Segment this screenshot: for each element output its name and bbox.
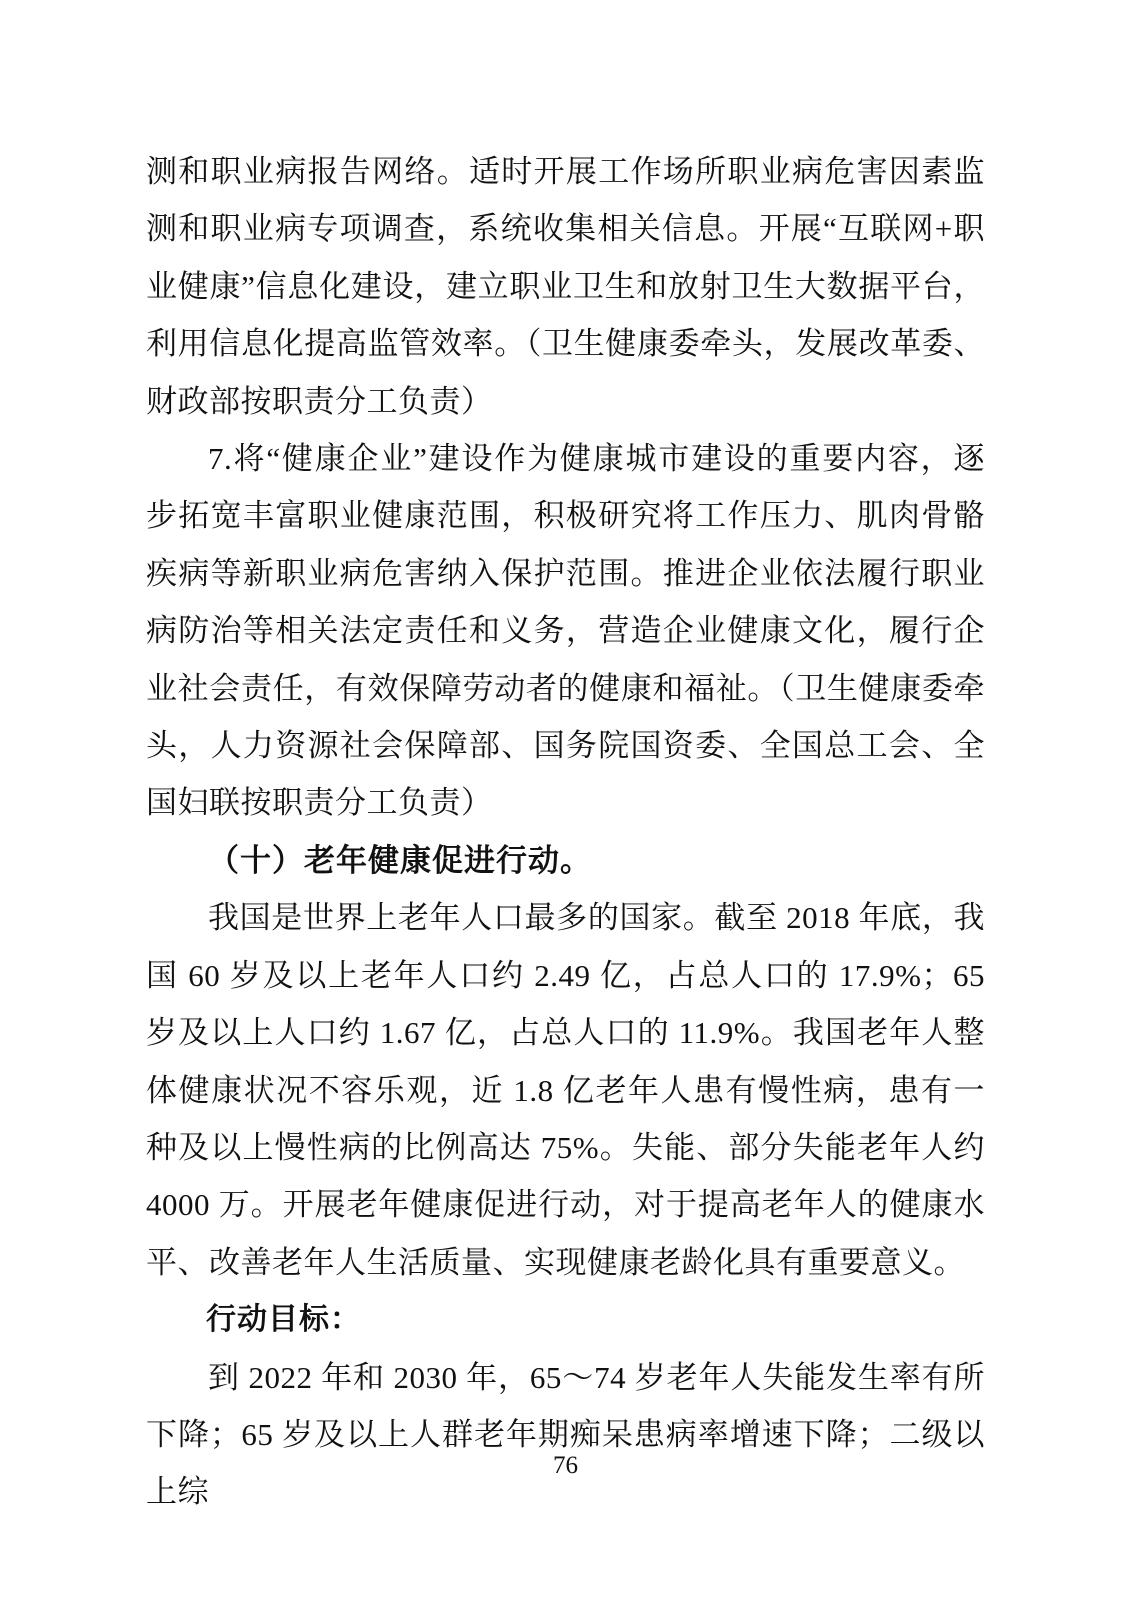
heading-action-goals: 行动目标： [146,1291,985,1348]
paragraph-elderly-population-stats: 我国是世界上老年人口最多的国家。截至 2018 年底，我国 60 岁及以上老年人… [146,889,985,1291]
paragraph-healthy-enterprise: 7.将“健康企业”建设作为健康城市建设的重要内容，逐步拓宽丰富职业健康范围，积极… [146,430,985,832]
page-number: 76 [0,1452,1131,1480]
document-page: 测和职业病报告网络。适时开展工作场所职业病危害因素监测和职业病专项调查，系统收集… [0,0,1131,1600]
document-body: 测和职业病报告网络。适时开展工作场所职业病危害因素监测和职业病专项调查，系统收集… [146,143,985,1521]
paragraph-occupational-health-network: 测和职业病报告网络。适时开展工作场所职业病危害因素监测和职业病专项调查，系统收集… [146,143,985,430]
paragraph-action-goals-targets: 到 2022 年和 2030 年，65～74 岁老年人失能发生率有所下降；65 … [146,1349,985,1521]
section-heading-elderly-health-action: （十）老年健康促进行动。 [146,832,985,889]
